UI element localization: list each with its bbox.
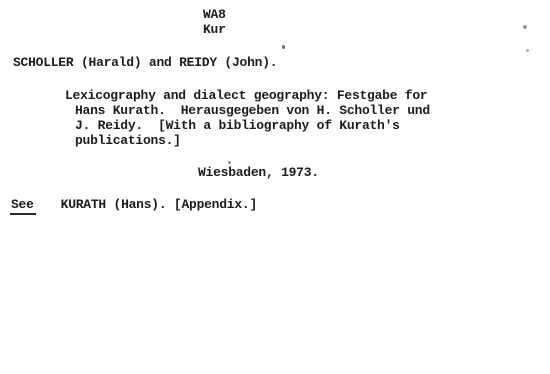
see-label: See — [10, 197, 36, 215]
scan-speck — [523, 25, 527, 29]
call-number-line-2: Kur — [203, 22, 226, 37]
scan-speck — [228, 161, 231, 164]
title-line-1: Lexicography and dialect geography: Fest… — [65, 88, 427, 103]
author-heading: SCHOLLER (Harald) and REIDY (John). — [13, 55, 277, 70]
call-number-line-1: WA8 — [203, 7, 226, 22]
title-line-4: publications.] — [75, 133, 181, 148]
imprint-line: Wiesbaden, 1973. — [198, 165, 319, 180]
catalog-card: WA8 Kur SCHOLLER (Harald) and REIDY (Joh… — [0, 0, 550, 374]
scan-speck — [526, 49, 529, 52]
see-target: KURATH (Hans). [Appendix.] — [61, 197, 257, 212]
see-reference: SeeKURATH (Hans). [Appendix.] — [11, 197, 257, 215]
title-line-3: J. Reidy. [With a bibliography of Kurath… — [75, 118, 400, 133]
scan-speck — [282, 45, 285, 49]
title-line-2: Hans Kurath. Herausgegeben von H. Scholl… — [75, 103, 430, 118]
